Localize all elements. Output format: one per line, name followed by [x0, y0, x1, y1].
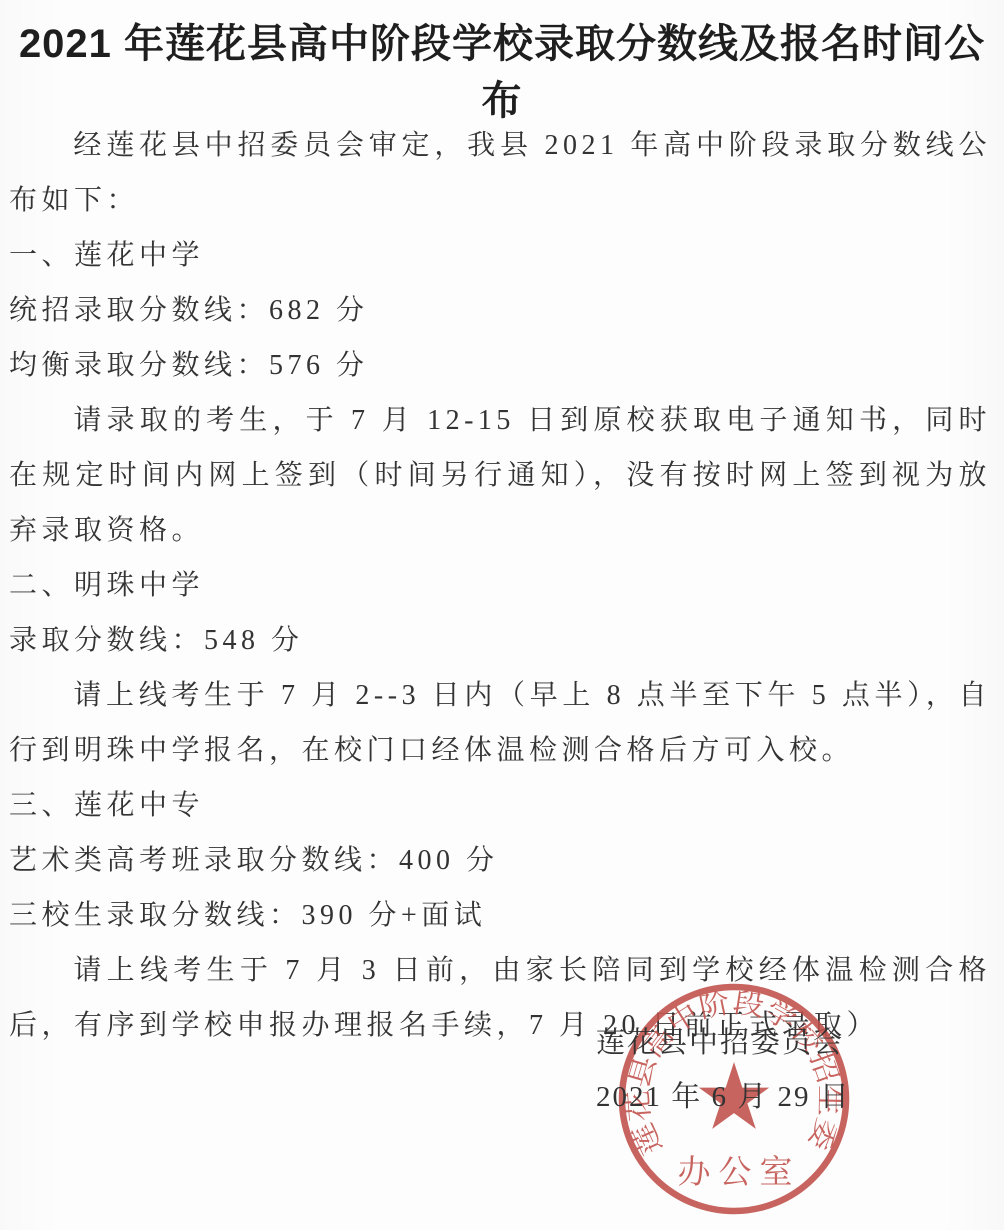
document-title: 2021 年莲花县高中阶段学校录取分数线及报名时间公布 [0, 12, 1004, 126]
score-line: 艺术类高考班录取分数线：400 分 [9, 833, 991, 888]
scanned-document-page: 2021 年莲花县高中阶段学校录取分数线及报名时间公布 经莲花县中招委员会审定，… [0, 0, 1004, 1230]
score-line: 统招录取分数线：682 分 [9, 283, 991, 338]
section-heading-3: 三、莲花中专 [9, 778, 991, 833]
instruction-paragraph: 请上线考生于 7 月 2--3 日内（早上 8 点半至下午 5 点半），自行到明… [9, 668, 991, 778]
section-heading-2: 二、明珠中学 [9, 558, 991, 613]
score-line: 均衡录取分数线：576 分 [9, 338, 991, 393]
signature-block: 莲花县中招委员会 2021 年 6 月 29 日 [596, 1016, 851, 1124]
intro-paragraph: 经莲花县中招委员会审定，我县 2021 年高中阶段录取分数线公布如下： [9, 118, 991, 228]
instruction-paragraph: 请录取的考生，于 7 月 12-15 日到原校获取电子通知书，同时在规定时间内网… [9, 393, 991, 558]
score-line: 录取分数线：548 分 [9, 613, 991, 668]
section-heading-1: 一、莲花中学 [9, 228, 991, 283]
signature-org: 莲花县中招委员会 [596, 1016, 851, 1070]
seal-office-text: 办公室 [678, 1154, 801, 1191]
signature-date: 2021 年 6 月 29 日 [596, 1070, 851, 1124]
document-body: 经莲花县中招委员会审定，我县 2021 年高中阶段录取分数线公布如下： 一、莲花… [9, 118, 991, 1053]
score-line: 三校生录取分数线：390 分+面试 [9, 888, 991, 943]
